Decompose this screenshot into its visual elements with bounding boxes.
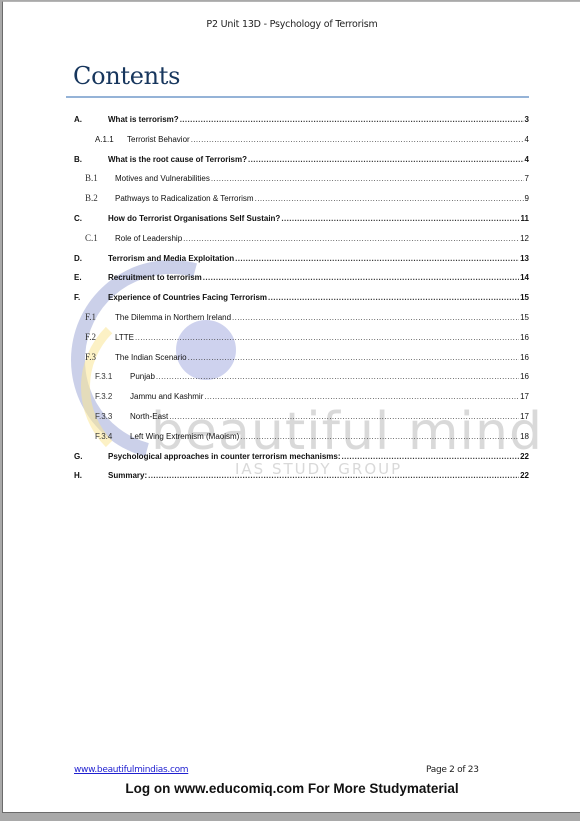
toc-dot-leader: ........................................… [156, 367, 519, 387]
toc-entry[interactable]: G.Psychological approaches in counter te… [73, 447, 529, 467]
toc-entry[interactable]: F.1The Dilemma in Northern Ireland .....… [73, 308, 529, 328]
toc-entry-page: 14 [520, 268, 529, 288]
toc-entry-number: F. [73, 288, 108, 308]
toc-entry[interactable]: E.Recruitment to terrorism .............… [73, 268, 529, 288]
toc-entry-number: F.3.4 [73, 427, 130, 447]
toc-entry-label: Motives and Vulnerabilities [115, 169, 210, 189]
toc-entry-number: B.2 [73, 189, 115, 209]
toc-dot-leader: ........................................… [232, 308, 519, 328]
toc-entry-number: F.3.1 [73, 367, 130, 387]
toc-entry[interactable]: F.2LTTE ................................… [73, 328, 529, 348]
toc-entry-label: Terrorist Behavior [127, 130, 190, 150]
toc-dot-leader: ........................................… [135, 328, 519, 348]
toc-entry-page: 16 [520, 348, 529, 368]
toc-entry[interactable]: F.Experience of Countries Facing Terrori… [73, 288, 529, 308]
toc-entry[interactable]: F.3.3North-East ........................… [73, 407, 529, 427]
toc-dot-leader: ........................................… [203, 268, 519, 288]
toc-entry-page: 16 [520, 328, 529, 348]
toc-entry-label: How do Terrorist Organisations Self Sust… [108, 209, 280, 229]
toc-dot-leader: ........................................… [188, 348, 519, 368]
toc-entry-label: North-East [130, 407, 168, 427]
toc-entry-number: F.1 [73, 308, 115, 328]
toc-entry-label: Summary: [108, 466, 147, 486]
toc-dot-leader: ........................................… [248, 150, 524, 170]
toc-entry-page: 15 [520, 308, 529, 328]
toc-dot-leader: ........................................… [183, 229, 519, 249]
toc-entry-number: A.1.1 [73, 130, 127, 150]
toc-entry-label: Punjab [130, 367, 155, 387]
toc-entry[interactable]: B.1Motives and Vulnerabilities .........… [73, 169, 529, 189]
toc-entry-label: Psychological approaches in counter terr… [108, 447, 341, 467]
toc-entry-page: 13 [520, 249, 529, 269]
toc-entry-label: What is terrorism? [108, 110, 179, 130]
running-header: P2 Unit 13D - Psychology of Terrorism [3, 19, 580, 30]
toc-entry-page: 4 [525, 130, 529, 150]
toc-entry-number: F.3.2 [73, 387, 130, 407]
footer-banner: Log on www.educomiq.com For More Studyma… [3, 781, 580, 796]
table-of-contents: A.What is terrorism? ...................… [73, 110, 529, 486]
toc-entry-label: The Dilemma in Northern Ireland [115, 308, 231, 328]
toc-entry[interactable]: C.How do Terrorist Organisations Self Su… [73, 209, 529, 229]
toc-entry-number: F.3.3 [73, 407, 130, 427]
toc-entry-label: The Indian Scenario [115, 348, 187, 368]
heading-underline [66, 96, 529, 98]
toc-dot-leader: ........................................… [180, 110, 524, 130]
toc-entry-label: Pathways to Radicalization & Terrorism [115, 189, 254, 209]
toc-entry-page: 17 [520, 387, 529, 407]
toc-dot-leader: ........................................… [255, 189, 524, 209]
toc-dot-leader: ........................................… [211, 169, 524, 189]
toc-dot-leader: ........................................… [191, 130, 524, 150]
toc-entry-number: E. [73, 268, 108, 288]
toc-entry-number: F.2 [73, 328, 115, 348]
toc-entry-number: A. [73, 110, 108, 130]
toc-entry-number: G. [73, 447, 108, 467]
toc-entry-page: 4 [525, 150, 529, 170]
toc-entry-number: B.1 [73, 169, 115, 189]
document-page: P2 Unit 13D - Psychology of Terrorism be… [2, 1, 580, 813]
toc-dot-leader: ........................................… [240, 427, 519, 447]
toc-entry-label: What is the root cause of Terrorism? [108, 150, 247, 170]
toc-entry-label: Experience of Countries Facing Terrorism [108, 288, 267, 308]
contents-heading: Contents [73, 62, 180, 90]
toc-entry-page: 22 [520, 447, 529, 467]
footer-website-link[interactable]: www.beautifulmindias.com [74, 765, 188, 775]
toc-entry-page: 22 [520, 466, 529, 486]
toc-entry[interactable]: H.Summary: .............................… [73, 466, 529, 486]
toc-entry-number: H. [73, 466, 108, 486]
toc-entry[interactable]: C.1Role of Leadership ..................… [73, 229, 529, 249]
toc-dot-leader: ........................................… [281, 209, 519, 229]
toc-entry[interactable]: A.1.1Terrorist Behavior ................… [73, 130, 529, 150]
toc-entry-label: LTTE [115, 328, 134, 348]
toc-dot-leader: ........................................… [169, 407, 519, 427]
toc-entry[interactable]: B.What is the root cause of Terrorism? .… [73, 150, 529, 170]
page-indicator: Page 2 of 23 [426, 765, 479, 775]
toc-entry-label: Role of Leadership [115, 229, 182, 249]
toc-entry-number: B. [73, 150, 108, 170]
toc-entry-number: C.1 [73, 229, 115, 249]
toc-dot-leader: ........................................… [235, 249, 519, 269]
toc-entry[interactable]: F.3The Indian Scenario .................… [73, 348, 529, 368]
toc-entry-label: Recruitment to terrorism [108, 268, 202, 288]
toc-entry-number: D. [73, 249, 108, 269]
toc-entry-number: F.3 [73, 348, 115, 368]
toc-entry-page: 15 [520, 288, 529, 308]
toc-entry-page: 17 [520, 407, 529, 427]
toc-entry-page: 7 [525, 169, 529, 189]
toc-entry-page: 3 [525, 110, 529, 130]
toc-entry-page: 18 [520, 427, 529, 447]
toc-entry-label: Left Wing Extremism (Maoism) [130, 427, 239, 447]
toc-entry[interactable]: A.What is terrorism? ...................… [73, 110, 529, 130]
toc-entry-label: Terrorism and Media Exploitation [108, 249, 234, 269]
toc-entry[interactable]: D.Terrorism and Media Exploitation .....… [73, 249, 529, 269]
toc-entry[interactable]: F.3.2Jammu and Kashmir .................… [73, 387, 529, 407]
toc-entry[interactable]: F.3.4Left Wing Extremism (Maoism) ......… [73, 427, 529, 447]
toc-entry-page: 11 [521, 209, 529, 229]
toc-entry-page: 9 [525, 189, 529, 209]
toc-entry-label: Jammu and Kashmir [130, 387, 203, 407]
toc-dot-leader: ........................................… [148, 466, 519, 486]
toc-entry[interactable]: B.2Pathways to Radicalization & Terroris… [73, 189, 529, 209]
toc-entry-page: 16 [520, 367, 529, 387]
toc-entry[interactable]: F.3.1Punjab ............................… [73, 367, 529, 387]
toc-entry-number: C. [73, 209, 108, 229]
toc-entry-page: 12 [520, 229, 529, 249]
toc-dot-leader: ........................................… [268, 288, 519, 308]
toc-dot-leader: ........................................… [204, 387, 519, 407]
toc-dot-leader: ........................................… [342, 447, 520, 467]
